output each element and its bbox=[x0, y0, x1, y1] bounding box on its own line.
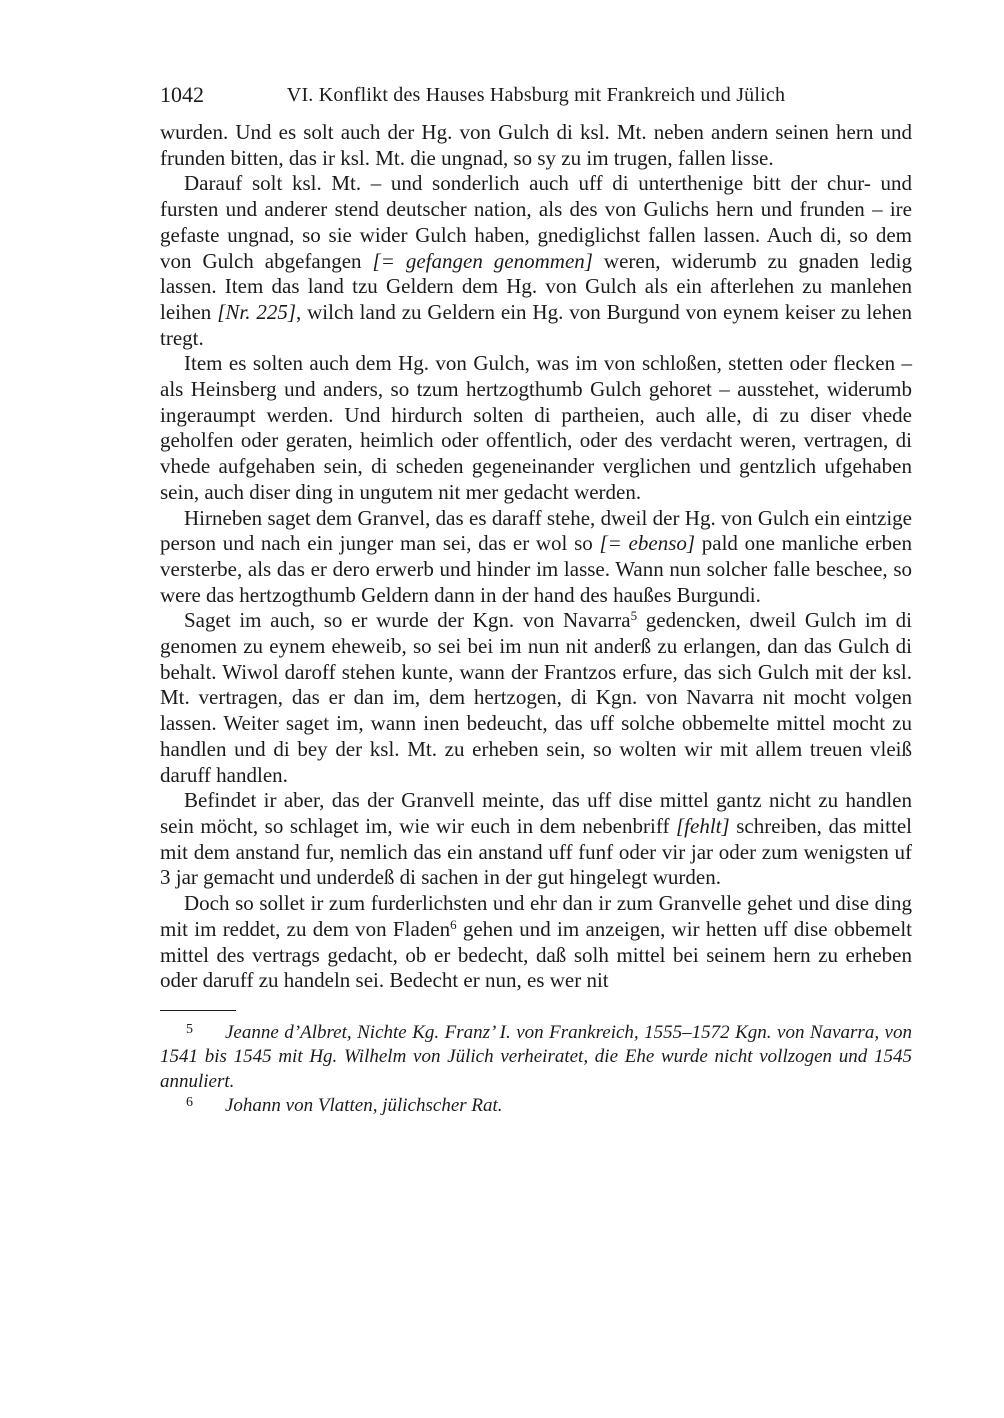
page-header: 1042 VI. Konflikt des Hauses Habsburg mi… bbox=[160, 82, 912, 108]
footnotes-list: 5Jeanne d’Albret, Nichte Kg. Franz’ I. v… bbox=[160, 1021, 912, 1119]
editorial-insertion: [Nr. 225] bbox=[217, 300, 296, 324]
footnote-reference: 5 bbox=[631, 608, 638, 623]
page-number: 1042 bbox=[160, 82, 204, 108]
body-paragraph: Befindet ir aber, das der Granvell meint… bbox=[160, 788, 912, 891]
body-paragraph: Hirneben saget dem Granvel, das es daraf… bbox=[160, 506, 912, 609]
body-paragraph: Darauf solt ksl. Mt. – und sonderlich au… bbox=[160, 171, 912, 351]
footnote-item: 6Johann von Vlatten, jülichscher Rat. bbox=[160, 1094, 912, 1118]
footnote-text: Johann von Vlatten, jülichscher Rat. bbox=[225, 1095, 503, 1116]
body-paragraph: Saget im auch, so er wurde der Kgn. von … bbox=[160, 608, 912, 788]
page-content: 1042 VI. Konflikt des Hauses Habsburg mi… bbox=[160, 82, 912, 1119]
footnote-separator bbox=[160, 1010, 236, 1011]
footnote-text: Jeanne d’Albret, Nichte Kg. Franz’ I. vo… bbox=[160, 1022, 912, 1092]
footnote-reference: 6 bbox=[450, 917, 457, 932]
footnote-item: 5Jeanne d’Albret, Nichte Kg. Franz’ I. v… bbox=[160, 1021, 912, 1094]
book-page: 1042 VI. Konflikt des Hauses Habsburg mi… bbox=[0, 0, 1004, 1418]
editorial-insertion: [fehlt] bbox=[676, 814, 730, 838]
footnotes-section: 5Jeanne d’Albret, Nichte Kg. Franz’ I. v… bbox=[160, 1010, 912, 1119]
footnote-marker: 6 bbox=[186, 1095, 193, 1110]
body-paragraph: wurden. Und es solt auch der Hg. von Gul… bbox=[160, 120, 912, 171]
body-text: wurden. Und es solt auch der Hg. von Gul… bbox=[160, 120, 912, 994]
editorial-insertion: [= gefangen genommen] bbox=[373, 249, 593, 273]
editorial-insertion: [= ebenso] bbox=[600, 531, 696, 555]
running-head: VI. Konflikt des Hauses Habsburg mit Fra… bbox=[160, 82, 912, 108]
body-paragraph: Item es solten auch dem Hg. von Gulch, w… bbox=[160, 351, 912, 505]
footnote-marker: 5 bbox=[186, 1022, 193, 1037]
body-paragraph: Doch so sollet ir zum furderlichsten und… bbox=[160, 891, 912, 994]
